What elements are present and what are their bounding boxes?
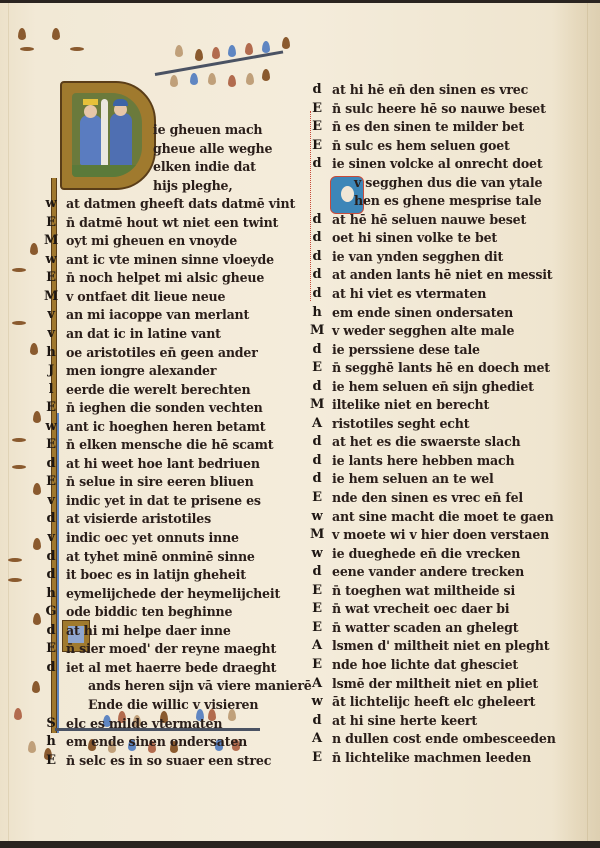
verse-line: wie dueghede en̄ die vrecken xyxy=(332,545,582,564)
verse-line: want sine macht die moet te gaen xyxy=(332,508,582,527)
verse-line: Ende hoe lichte dat ghesciet xyxy=(332,656,582,675)
verse-line: En̄ es den sinen te milder bet xyxy=(332,118,582,137)
verse-line: Miltelike niet en berecht xyxy=(332,396,582,415)
verse-line: En̄ lichtelike machmen leeden xyxy=(332,749,582,768)
verse-line: dat hi hē en̄ den sinen es vrec xyxy=(332,81,582,100)
left-text-column: ie gheuen mach gheue alle weghe elken in… xyxy=(66,121,336,770)
verse-line: Moyt mi gheuen en vnoyde xyxy=(66,232,336,251)
verse-line: Ende die willic v visieren xyxy=(66,696,336,715)
verse-line: En̄ ieghen die sonden vechten xyxy=(66,399,336,418)
verse-line: An dullen cost ende ombesceeden xyxy=(332,730,582,749)
verse-line: dat anden lants hē niet en messit xyxy=(332,266,582,285)
verse-line: Mv weder segghen alte male xyxy=(332,322,582,341)
verse-line: En̄ sier moed' der reyne maeght xyxy=(66,640,336,659)
verse-line: ands heren sijn vā viere manierē xyxy=(66,677,336,696)
verse-line: En̄ elken mensche die hē scamt xyxy=(66,436,336,455)
verse-line: dat tyhet minē onminē sinne xyxy=(66,548,336,567)
verse-line: deene vander andere trecken xyxy=(332,563,582,582)
verse-line: En̄ sulc heere hē so nauwe beset xyxy=(332,100,582,119)
verse-line: Aristotiles seght echt xyxy=(332,415,582,434)
verse-line: leerde die werelt berechten xyxy=(66,381,336,400)
crown-icon xyxy=(83,99,98,105)
verse-line: hem ende sinen ondersaten xyxy=(332,304,582,323)
verse-line: dat visierde aristotiles xyxy=(66,510,336,529)
verse-line: die hem seluen en̄ sijn ghediet xyxy=(332,378,582,397)
verse-line: dat hi viet es vtermaten xyxy=(332,285,582,304)
verse-line: Mv ontfaet dit lieue neue xyxy=(66,288,336,307)
right-text-column: dat hi hē en̄ den sinen es vrec En̄ sulc… xyxy=(332,81,582,767)
verse-line: wāt lichtelijc heeft elc gheleert xyxy=(332,693,582,712)
verse-line: dat hē hē seluen nauwe beset xyxy=(332,211,582,230)
manuscript-page: ie gheuen mach gheue alle weghe elken in… xyxy=(0,3,600,841)
verse-line: die perssiene dese tale xyxy=(332,341,582,360)
verse-line: Ende den sinen es vrec en̄ fel xyxy=(332,489,582,508)
verse-line: En̄ noch helpet mi alsic gheue xyxy=(66,269,336,288)
verse-line: wat datmen gheeft dats datmē vint xyxy=(66,195,336,214)
verse-line: diet al met haerre bede draeght xyxy=(66,659,336,678)
verse-line: Alsmē der miltheit niet en pliet xyxy=(332,675,582,694)
verse-line: dit boec es in latijn gheheit xyxy=(66,566,336,585)
verse-line: En̄ watter scaden an ghelegt xyxy=(332,619,582,638)
verse-line: die hem seluen an te wel xyxy=(332,470,582,489)
verse-line: En̄ sulc es hem seluen goet xyxy=(332,137,582,156)
verse-line: vindic yet in dat te prisene es xyxy=(66,492,336,511)
verse-line: vindic oec yet onnuts inne xyxy=(66,529,336,548)
verse-line: Mv moete wi v hier doen verstaen xyxy=(332,526,582,545)
verse-line: hoe aristotiles en̄ geen ander xyxy=(66,344,336,363)
verse-line: Selc es milde vtermaten xyxy=(66,715,336,734)
verse-line: die sinen volcke al onrecht doet xyxy=(332,155,582,174)
verse-line: die van ynden segghen dit xyxy=(332,248,582,267)
verse-line: En̄ selue in sire eeren bliuen xyxy=(66,473,336,492)
verse-line: want ic vte minen sinne vloeyde xyxy=(66,251,336,270)
verse-line: doet hi sinen volke te bet xyxy=(332,229,582,248)
verse-line: want ic hoeghen heren betamt xyxy=(66,418,336,437)
verse-line: dat hi mi helpe daer inne xyxy=(66,622,336,641)
verse-line: hem ende sinen ondersaten xyxy=(66,733,336,752)
verse-line: dat hi sine herte keert xyxy=(332,712,582,731)
verse-line: dat hi weet hoe lant bedriuen xyxy=(66,455,336,474)
verse-line: En̄ selc es in so suaer een strec xyxy=(66,752,336,771)
verse-line: En̄ datmē hout wt niet een twint xyxy=(66,214,336,233)
verse-line: dat het es die swaerste slach xyxy=(332,433,582,452)
verse-line: En̄ segghē lants hē en doech met xyxy=(332,359,582,378)
verse-line: Alsmen d' miltheit niet en pleght xyxy=(332,637,582,656)
verse-line: En̄ toeghen wat miltheide si xyxy=(332,582,582,601)
verse-line: En̄ wat vrecheit oec daer bi xyxy=(332,600,582,619)
verse-line: v segghen dus die van ytale xyxy=(332,174,582,193)
verse-line: heymelijchede der heymelijcheit xyxy=(66,585,336,604)
verse-line: die lants here hebben mach xyxy=(332,452,582,471)
verse-line: van dat ic in latine vant xyxy=(66,325,336,344)
verse-line: van mi iacoppe van merlant xyxy=(66,306,336,325)
verse-line: hen es ghene mesprise tale xyxy=(332,192,582,211)
verse-line: Gode biddic ten beghinne xyxy=(66,603,336,622)
verse-line: Jmen iongre alexander xyxy=(66,362,336,381)
